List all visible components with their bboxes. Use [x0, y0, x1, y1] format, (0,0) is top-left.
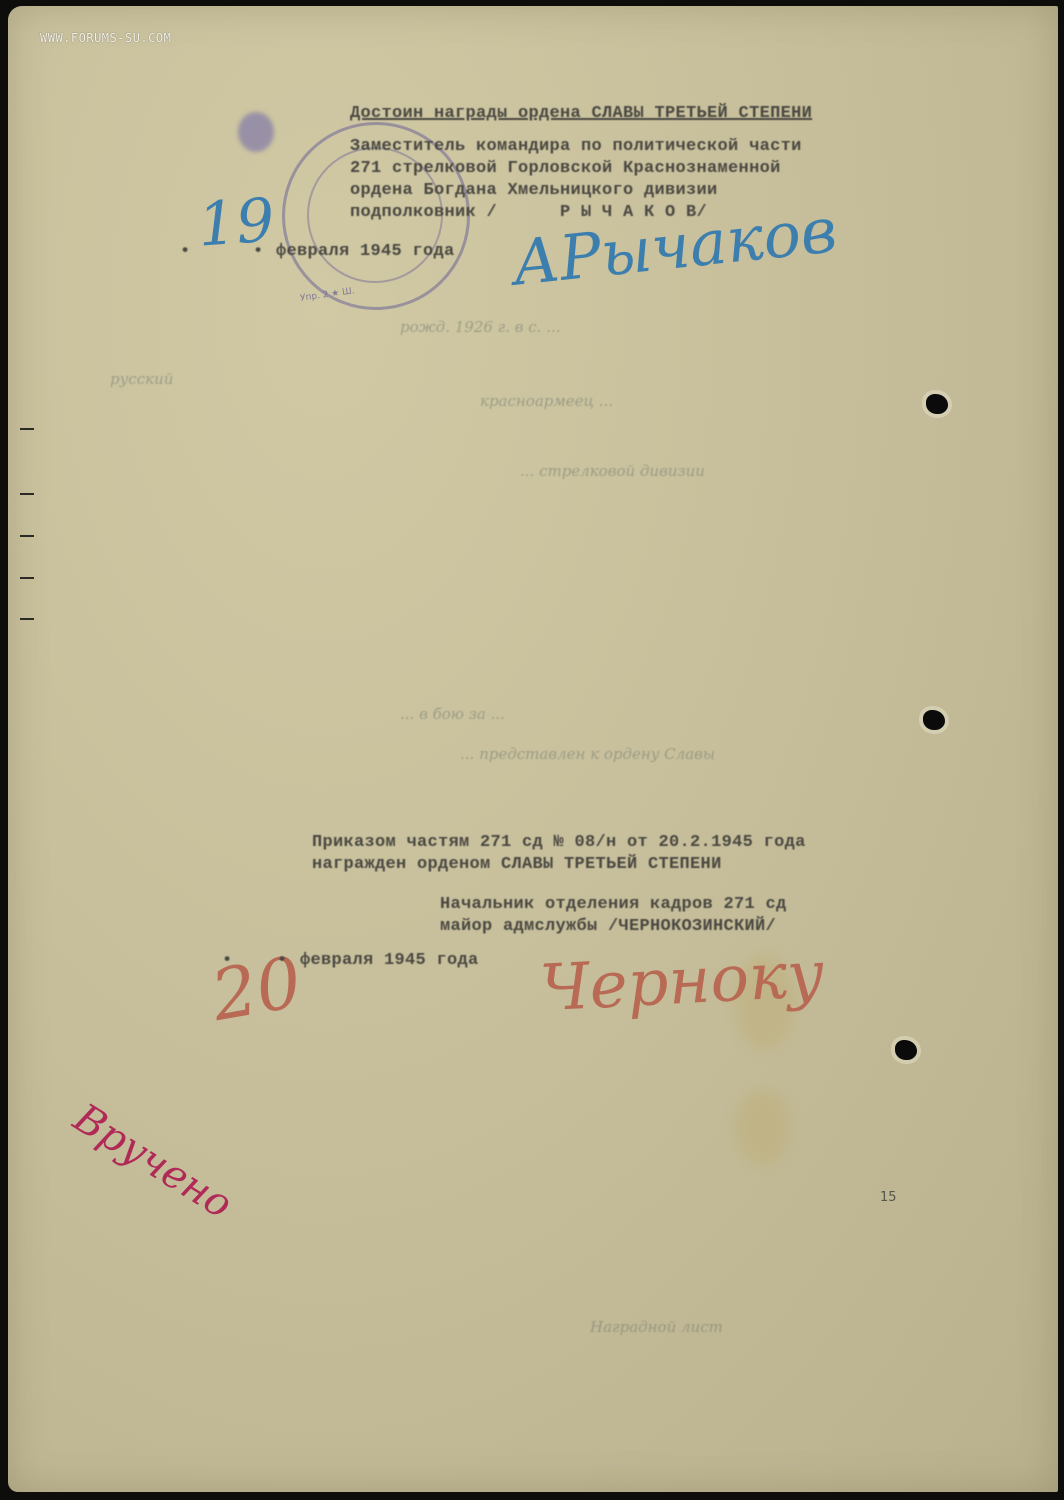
- bleedthrough-text: ... стрелковой дивизии: [520, 462, 705, 480]
- page-number: 15: [880, 1190, 897, 1205]
- bleedthrough-text: ... в бою за ...: [400, 705, 505, 723]
- signature: Черноку: [538, 938, 826, 1027]
- bleedthrough-text: русский: [110, 370, 173, 388]
- bleedthrough-text: ... представлен к ордену Славы: [460, 745, 715, 763]
- handwritten-day: 20: [206, 941, 308, 1037]
- watermark: WWW.FORUMS-SU.COM: [40, 31, 171, 45]
- binding-mark: [20, 618, 34, 620]
- punch-hole: [926, 394, 948, 414]
- bleedthrough-text: Наградной лист: [590, 1318, 723, 1336]
- handwritten-day: 19: [196, 185, 277, 260]
- approval-line: Заместитель командира по политической ча…: [350, 137, 802, 157]
- binding-mark: [20, 535, 34, 537]
- approval-line: 271 стрелковой Горловской Краснознаменно…: [350, 159, 781, 179]
- punch-hole: [895, 1040, 917, 1060]
- order-line: награжден орденом СЛАВЫ ТРЕТЬЕЙ СТЕПЕНИ: [312, 855, 722, 875]
- order-date: февраля 1945 года: [300, 951, 479, 971]
- ink-blot: [238, 112, 274, 152]
- order-line: Приказом частям 271 сд № 08/н от 20.2.19…: [312, 833, 806, 853]
- binding-mark: [20, 428, 34, 430]
- date-quote: •: [277, 951, 288, 971]
- punch-hole: [923, 710, 945, 730]
- approval-date: февраля 1945 года: [276, 242, 455, 262]
- bleedthrough-text: красноармеец ...: [480, 392, 613, 410]
- date-quote: •: [253, 242, 264, 262]
- binding-mark: [20, 493, 34, 495]
- approval-line: ордена Богдана Хмельницкого дивизии: [350, 181, 718, 201]
- signer-line: Начальник отделения кадров 271 сд: [440, 895, 787, 915]
- binding-mark: [20, 577, 34, 579]
- signer-line: майор адмслужбы /ЧЕРНОКОЗИНСКИЙ/: [440, 917, 776, 937]
- approval-title: Достоин награды ордена СЛАВЫ ТРЕТЬЕЙ СТЕ…: [350, 104, 812, 124]
- stain: [735, 1090, 790, 1165]
- bleedthrough-text: рожд. 1926 г. в с. ...: [400, 318, 561, 336]
- date-quote: •: [180, 242, 191, 262]
